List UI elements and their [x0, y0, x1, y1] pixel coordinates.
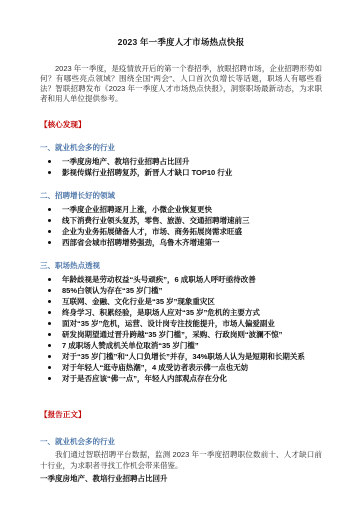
bullet-icon — [48, 322, 51, 325]
bullet-text: 对于“35 岁门槛”和“人口负增长”并存，34%职场人认为是短期和长期关系 — [62, 351, 305, 362]
list-item: 对于年轻人“逛寺庙热潮”，4 成受访者表示佛一点也无妨 — [40, 362, 322, 373]
bullet-text: 研发岗期望通过晋升跨越“35 岁门槛”，采购、行政岗则“波澜不惊” — [62, 329, 282, 340]
bullet-text: 终身学习、积累经验，是职场人应对“35 岁”危机的主要方式 — [62, 307, 260, 318]
bullet-text: 互联网、金融、文化行业是“35 岁”现象重灾区 — [62, 296, 215, 307]
list-item: 研发岗期望通过晋升跨越“35 岁门槛”，采购、行政岗则“波澜不惊” — [40, 329, 322, 340]
bullet-text: 7 成职场人赞成机关单位取消“35 岁门槛” — [62, 340, 199, 351]
bullet-icon — [48, 278, 51, 281]
list-item: 西部省会城市招聘增势强劲，乌鲁木齐增速第一 — [40, 237, 322, 248]
bullet-text: 对于是否应该“佛一点”，年轻人内部观点存在分化 — [62, 373, 227, 384]
bullet-text: 一季度企业招聘逐月上涨，小微企业恢复更快 — [62, 204, 212, 215]
bullet-icon — [48, 344, 51, 347]
bullet-list-2: 一季度企业招聘逐月上涨，小微企业恢复更快 线下消费行业领头复苏，零售、旅游、交通… — [40, 204, 322, 248]
list-item: 对于是否应该“佛一点”，年轻人内部观点存在分化 — [40, 373, 322, 384]
bullet-icon — [48, 333, 51, 336]
report-section-heading: 一、就业机会多的行业 — [40, 436, 322, 447]
bullet-text: 线下消费行业领头复苏，零售、旅游、交通招聘增速前三 — [62, 215, 250, 226]
section-heading-2: 二、招聘增长好的领域 — [40, 190, 322, 201]
report-paragraph: 我们通过智联招聘平台数据，监测 2023 年一季度招聘职位数前十、人才缺口前十行… — [40, 450, 322, 471]
list-item: 一季度房地产、教培行业招聘占比回升 — [40, 156, 322, 167]
bullet-icon — [48, 300, 51, 303]
report-body-header: 【报告正文】 — [40, 409, 322, 420]
document-page: 2023 年一季度人才市场热点快报 2023 年一季度，是疫情放开后的第一个春招… — [0, 0, 360, 509]
bullet-text: 西部省会城市招聘增势强劲，乌鲁木齐增速第一 — [62, 237, 220, 248]
bullet-text: 对于年轻人“逛寺庙热潮”，4 成受访者表示佛一点也无妨 — [62, 362, 248, 373]
list-item: 对于“35 岁门槛”和“人口负增长”并存，34%职场人认为是短期和长期关系 — [40, 351, 322, 362]
list-item: 年龄歧视是劳动权益“头号顽疾”，6 成职场人呼吁亟待改善 — [40, 274, 322, 285]
list-item: 7 成职场人赞成机关单位取消“35 岁门槛” — [40, 340, 322, 351]
bullet-icon — [48, 311, 51, 314]
page-title: 2023 年一季度人才市场热点快报 — [40, 36, 322, 48]
list-item: 影视传媒行业招聘复苏，新晋人才缺口 TOP10 行业 — [40, 167, 322, 178]
bullet-icon — [48, 289, 51, 292]
section-heading-3: 三、职场热点透视 — [40, 260, 322, 271]
core-findings-header: 【核心发现】 — [40, 119, 322, 130]
report-subheading: 一季度房地产、教培行业招聘占比回升 — [40, 473, 322, 484]
list-item: 互联网、金融、文化行业是“35 岁”现象重灾区 — [40, 296, 322, 307]
bullet-icon — [48, 219, 51, 222]
bullet-text: 一季度房地产、教培行业招聘占比回升 — [62, 156, 190, 167]
bullet-icon — [48, 160, 51, 163]
intro-paragraph: 2023 年一季度，是疫情放开后的第一个春招季，放眼招聘市场，企业招聘形势如何？… — [40, 64, 322, 104]
bullet-icon — [48, 366, 51, 369]
list-item: 企业为业务拓展储备人才，市场、商务拓展岗需求旺盛 — [40, 226, 322, 237]
list-item: 面对“35 岁”危机，运营、设计岗专注技能提升，市场人偏爱副业 — [40, 318, 322, 329]
bullet-text: 85%白领认为存在“35 岁门槛” — [62, 285, 162, 296]
bullet-text: 影视传媒行业招聘复苏，新晋人才缺口 TOP10 行业 — [62, 167, 232, 178]
bullet-icon — [48, 241, 51, 244]
bullet-icon — [48, 377, 51, 380]
bullet-icon — [48, 230, 51, 233]
bullet-text: 面对“35 岁”危机，运营、设计岗专注技能提升，市场人偏爱副业 — [62, 318, 275, 329]
bullet-text: 企业为业务拓展储备人才，市场、商务拓展岗需求旺盛 — [62, 226, 242, 237]
list-item: 85%白领认为存在“35 岁门槛” — [40, 285, 322, 296]
bullet-icon — [48, 208, 51, 211]
bullet-icon — [48, 355, 51, 358]
list-item: 一季度企业招聘逐月上涨，小微企业恢复更快 — [40, 204, 322, 215]
bullet-icon — [48, 171, 51, 174]
bullet-text: 年龄歧视是劳动权益“头号顽疾”，6 成职场人呼吁亟待改善 — [62, 274, 256, 285]
section-heading-1: 一、就业机会多的行业 — [40, 142, 322, 153]
list-item: 终身学习、积累经验，是职场人应对“35 岁”危机的主要方式 — [40, 307, 322, 318]
bullet-list-3: 年龄歧视是劳动权益“头号顽疾”，6 成职场人呼吁亟待改善 85%白领认为存在“3… — [40, 274, 322, 384]
bullet-list-1: 一季度房地产、教培行业招聘占比回升 影视传媒行业招聘复苏，新晋人才缺口 TOP1… — [40, 156, 322, 178]
list-item: 线下消费行业领头复苏，零售、旅游、交通招聘增速前三 — [40, 215, 322, 226]
